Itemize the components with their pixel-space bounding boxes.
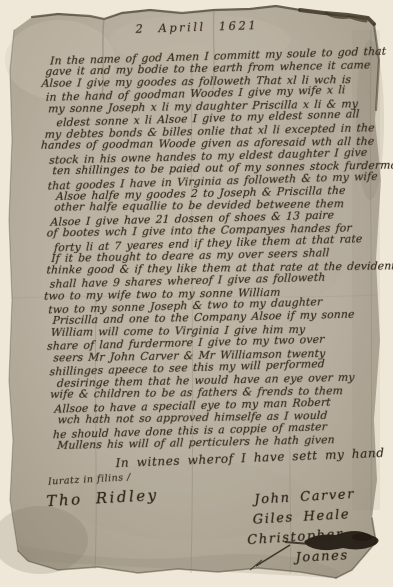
signature-john-carver: John Carver [254,487,355,508]
date-heading: 2 Aprill 1621 [135,18,258,36]
signature-tho-ridley: Tho Ridley [46,486,159,510]
manuscript-photo: 2 Aprill 1621 In the name of god Amen I … [0,0,393,587]
signature-christopher: Christopher [247,527,344,548]
signature-joanes: Joanes [295,548,349,565]
signature-giles-heale: Giles Heale [252,507,350,527]
latin-annotation: Iuratz in filins / [48,472,131,488]
handwritten-text-layer: 2 Aprill 1621 In the name of god Amen I … [0,0,393,587]
